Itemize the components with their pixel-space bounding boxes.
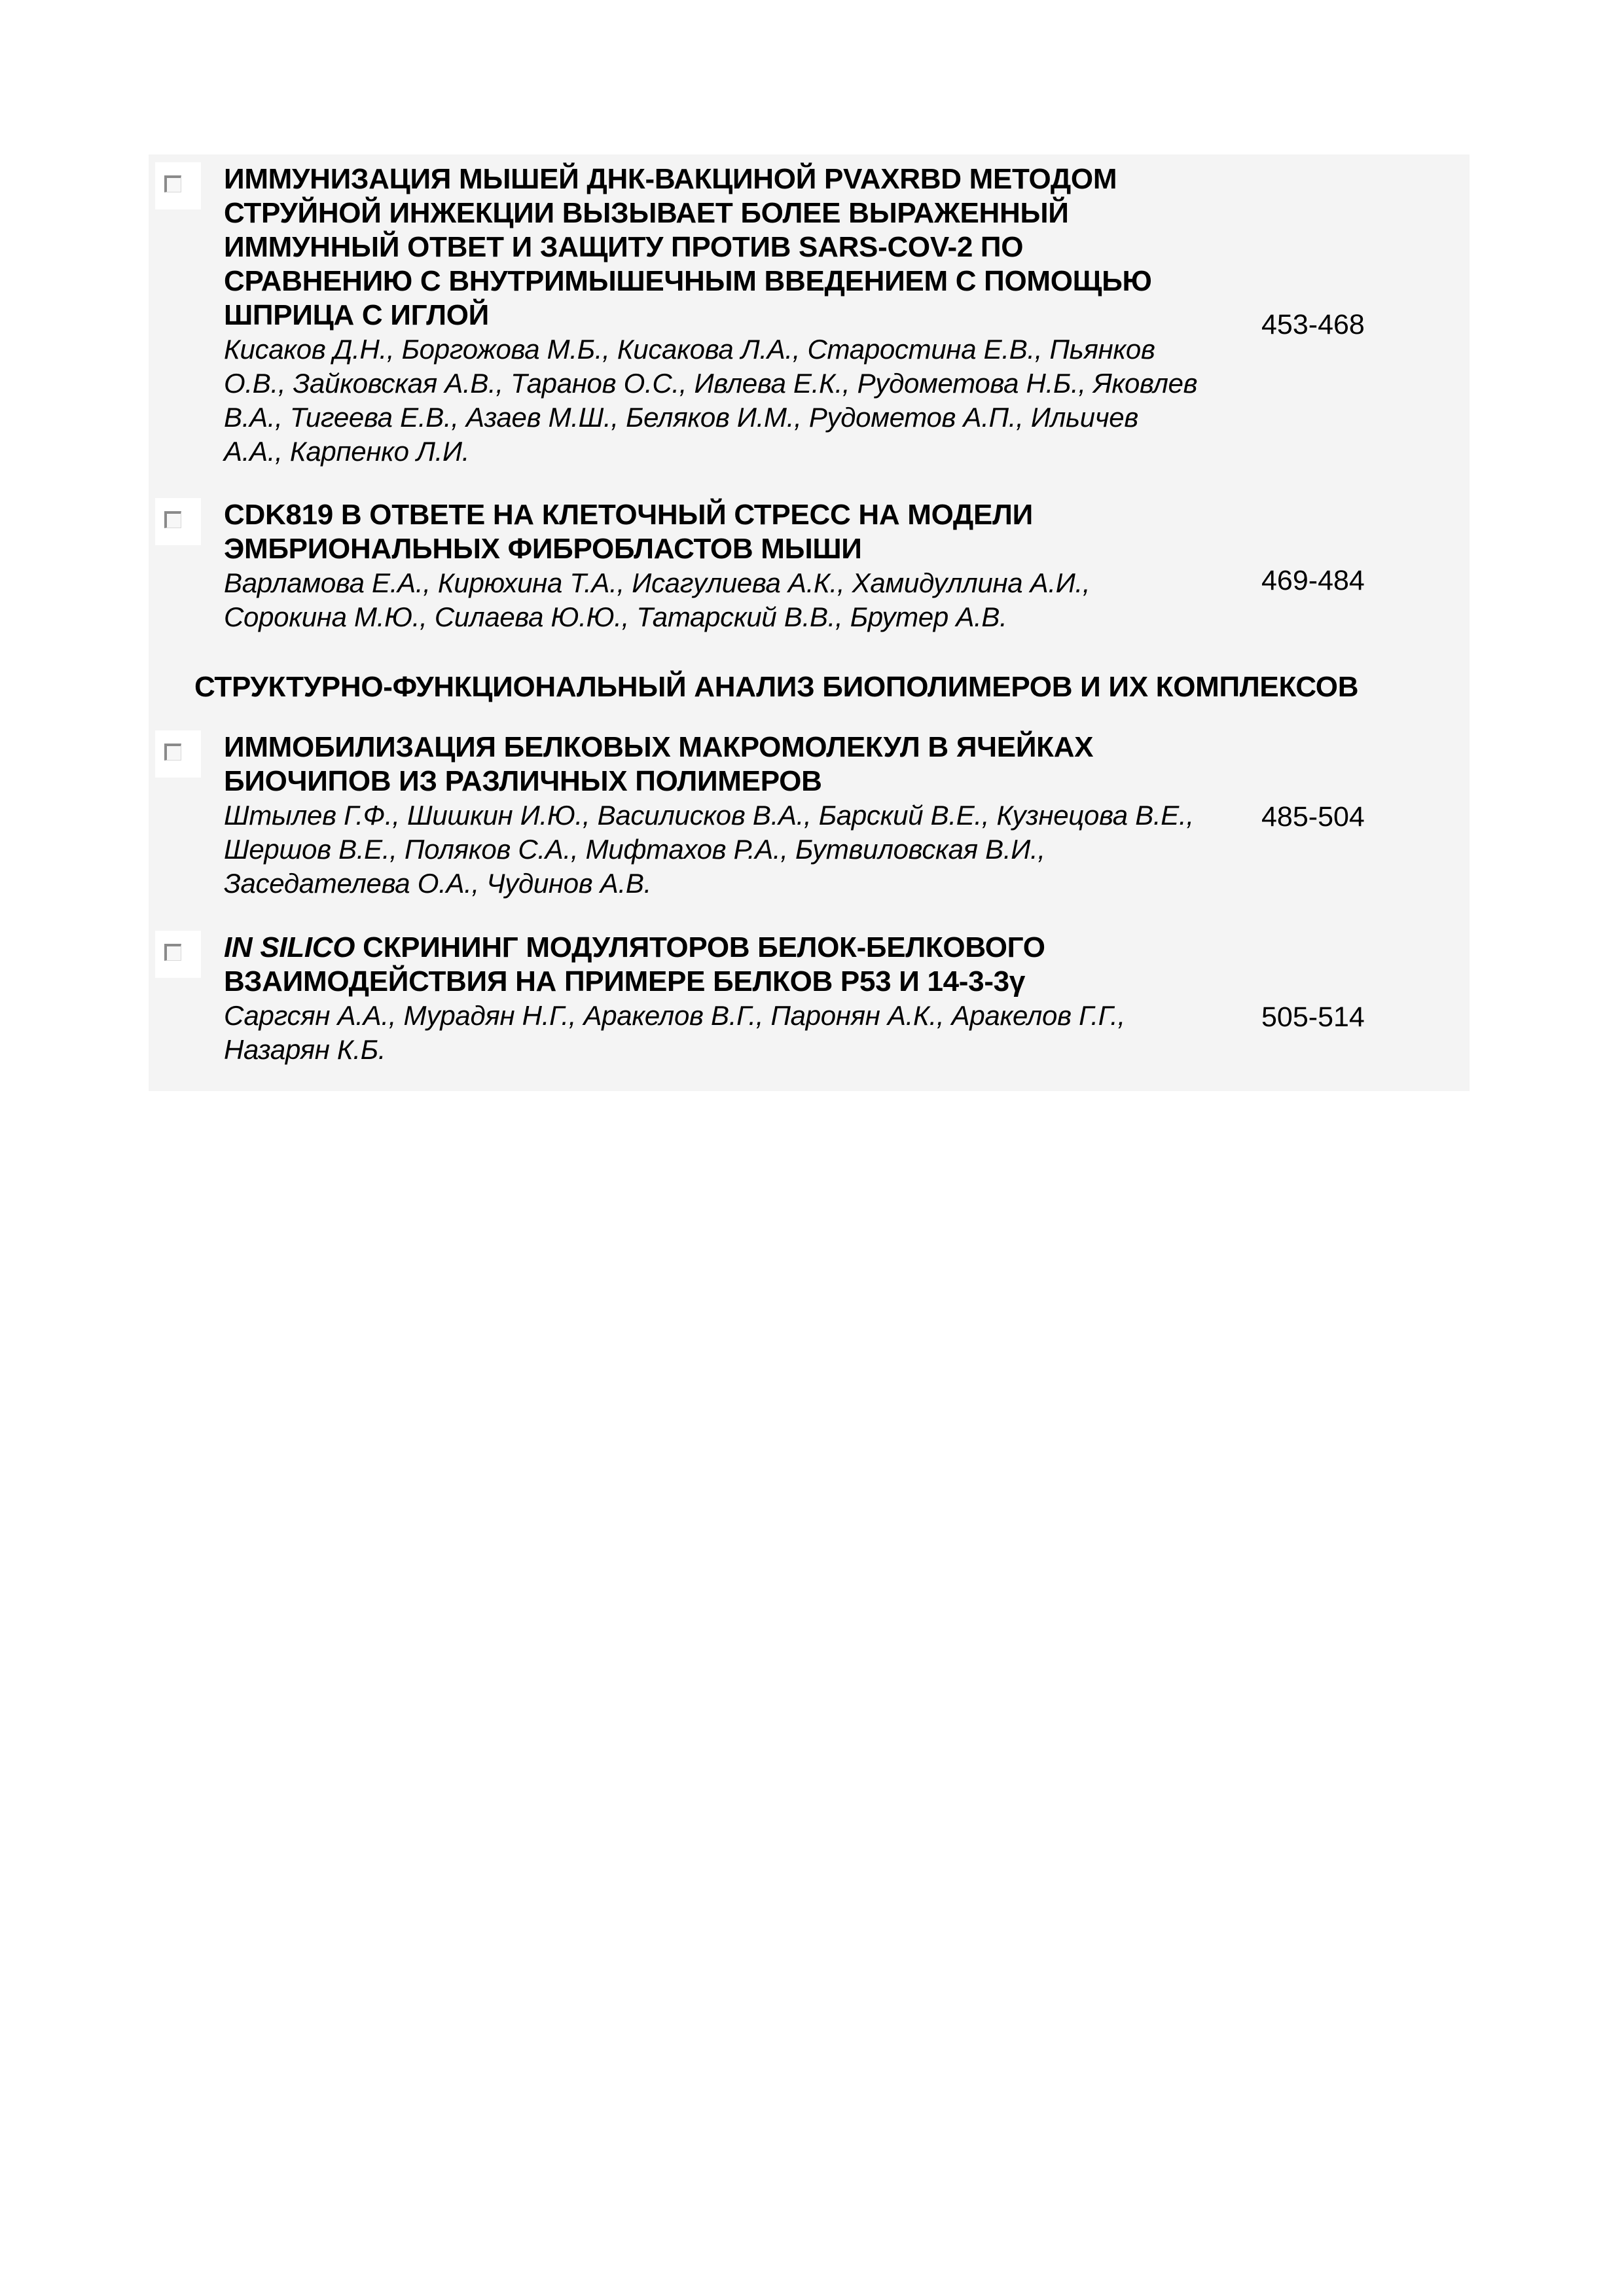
article-title[interactable]: ИММОБИЛИЗАЦИЯ БЕЛКОВЫХ МАКРОМОЛЕКУЛ В ЯЧ… (224, 730, 1199, 798)
select-article-checkbox[interactable] (155, 730, 201, 778)
article-text: ИММУНИЗАЦИЯ МЫШЕЙ ДНК-ВАКЦИНОЙ PVAXRBD М… (224, 162, 1199, 469)
select-article-checkbox[interactable] (155, 498, 201, 545)
table-of-contents-panel: ИММУНИЗАЦИЯ МЫШЕЙ ДНК-ВАКЦИНОЙ PVAXRBD М… (149, 154, 1470, 1091)
article-authors: Штылев Г.Ф., Шишкин И.Ю., Василисков В.А… (224, 798, 1199, 901)
checkbox-icon (164, 944, 181, 961)
article-text: CDK819 В ОТВЕТЕ НА КЛЕТОЧНЫЙ СТРЕСС НА М… (224, 498, 1199, 634)
article-pages: 469-484 (1261, 564, 1365, 598)
article-pages: 505-514 (1261, 1000, 1365, 1034)
article-title[interactable]: IN SILICO СКРИНИНГ МОДУЛЯТОРОВ БЕЛОК-БЕЛ… (224, 931, 1199, 999)
select-article-checkbox[interactable] (155, 162, 201, 209)
checkbox-icon (164, 511, 181, 528)
article-title-italic-prefix: IN SILICO (224, 931, 355, 963)
article-text: ИММОБИЛИЗАЦИЯ БЕЛКОВЫХ МАКРОМОЛЕКУЛ В ЯЧ… (224, 730, 1199, 901)
checkbox-icon (164, 744, 181, 761)
select-article-checkbox[interactable] (155, 931, 201, 978)
article-pages: 453-468 (1261, 308, 1365, 342)
article-authors: Кисаков Д.Н., Боргожова М.Б., Кисакова Л… (224, 332, 1199, 469)
article-text: IN SILICO СКРИНИНГ МОДУЛЯТОРОВ БЕЛОК-БЕЛ… (224, 931, 1199, 1067)
article-authors: Саргсян А.А., Мурадян Н.Г., Аракелов В.Г… (224, 999, 1199, 1067)
article-pages: 485-504 (1261, 800, 1365, 834)
article-title[interactable]: ИММУНИЗАЦИЯ МЫШЕЙ ДНК-ВАКЦИНОЙ PVAXRBD М… (224, 162, 1199, 332)
article-authors: Варламова Е.А., Кирюхина Т.А., Исагулиев… (224, 566, 1199, 634)
checkbox-icon (164, 175, 181, 192)
section-heading: СТРУКТУРНО-ФУНКЦИОНАЛЬНЫЙ АНАЛИЗ БИОПОЛИ… (194, 670, 1470, 704)
article-title[interactable]: CDK819 В ОТВЕТЕ НА КЛЕТОЧНЫЙ СТРЕСС НА М… (224, 498, 1199, 566)
